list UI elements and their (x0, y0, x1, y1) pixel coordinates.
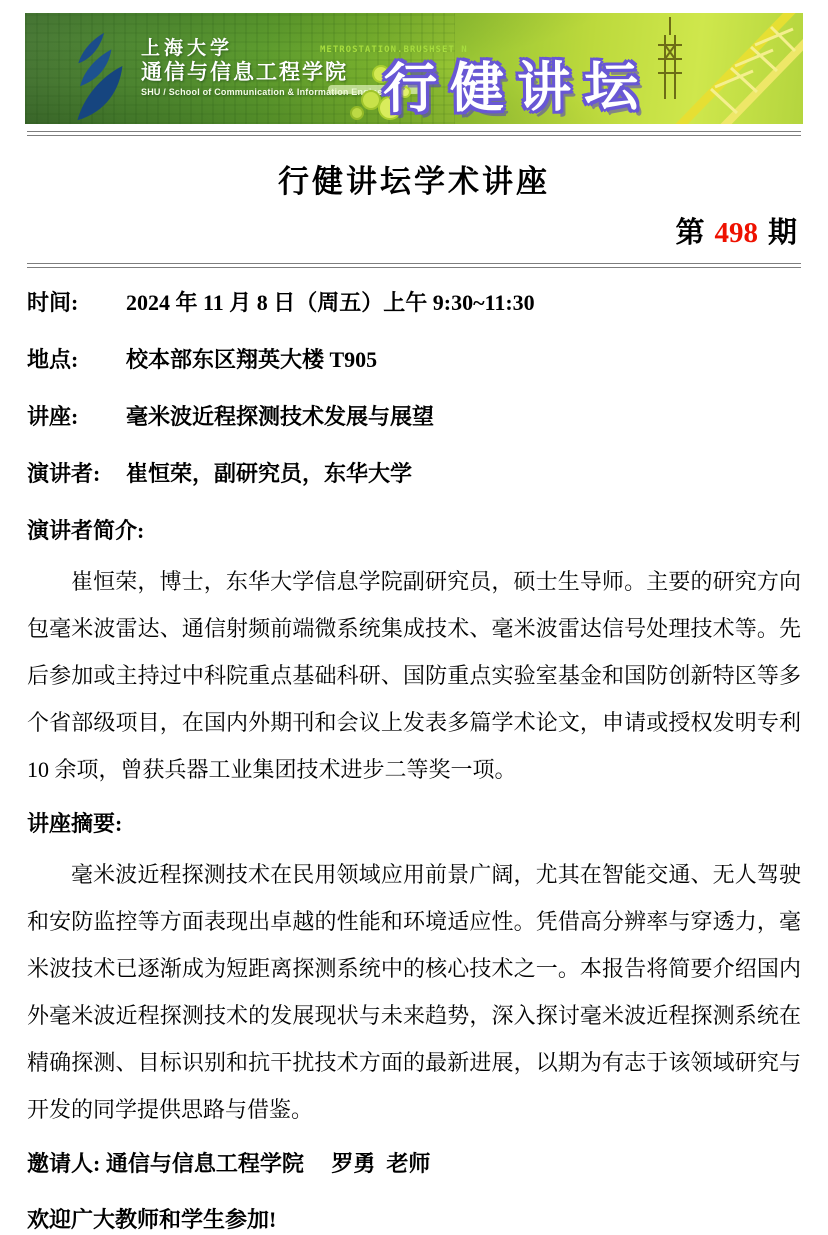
lecture-label: 讲座: (27, 402, 126, 432)
lecture-details: 时间:2024 年 11 月 8 日（周五）上午 9:30~11:30 地点:校… (27, 288, 801, 489)
detail-row-time: 时间:2024 年 11 月 8 日（周五）上午 9:30~11:30 (27, 288, 801, 318)
issue-suffix: 期 (768, 217, 797, 249)
welcome-line: 欢迎广大教师和学生参加! (27, 1205, 801, 1235)
lecture-title-value: 毫米波近程探测技术发展与展望 (126, 404, 434, 429)
inviter-line: 邀请人: 通信与信息工程学院 罗勇 老师 (27, 1149, 801, 1179)
top-double-rule (27, 131, 801, 136)
banner-wrap: 上海大学 通信与信息工程学院 SHU / School of Communica… (0, 0, 828, 124)
page-title: 行健讲坛学术讲座 (27, 163, 801, 201)
abstract-heading: 讲座摘要: (27, 809, 801, 839)
second-double-rule (27, 263, 801, 268)
issue-number: 498 (714, 217, 758, 249)
antenna-tower-graphic (643, 13, 803, 124)
detail-row-location: 地点:校本部东区翔英大楼 T905 (27, 345, 801, 375)
issue-line: 第498期 (27, 215, 801, 251)
location-value: 校本部东区翔英大楼 T905 (126, 347, 377, 372)
abstract-section: 讲座摘要: 毫米波近程探测技术在民用领域应用前景广阔，尤其在智能交通、无人驾驶和… (27, 809, 801, 1133)
bio-paragraph: 崔恒荣，博士，东华大学信息学院副研究员，硕士生导师。主要的研究方向包毫米波雷达、… (27, 558, 801, 793)
document-body: 行健讲坛学术讲座 第498期 (0, 163, 828, 251)
time-value: 2024 年 11 月 8 日（周五）上午 9:30~11:30 (126, 290, 535, 315)
bio-heading: 演讲者简介: (27, 516, 801, 546)
speaker-label: 演讲者: (27, 459, 126, 489)
detail-row-lecture: 讲座:毫米波近程探测技术发展与展望 (27, 402, 801, 432)
speaker-bio-section: 演讲者简介: 崔恒荣，博士，东华大学信息学院副研究员，硕士生导师。主要的研究方向… (27, 516, 801, 793)
document-main: 时间:2024 年 11 月 8 日（周五）上午 9:30~11:30 地点:校… (0, 288, 828, 1235)
time-label: 时间: (27, 288, 126, 318)
speaker-value: 崔恒荣，副研究员，东华大学 (126, 461, 412, 486)
location-label: 地点: (27, 345, 126, 375)
detail-row-speaker: 演讲者:崔恒荣，副研究员，东华大学 (27, 459, 801, 489)
forum-name-art: 行健讲坛 (383, 44, 652, 123)
abstract-paragraph: 毫米波近程探测技术在民用领域应用前景广阔，尤其在智能交通、无人驾驶和安防监控等方… (27, 851, 801, 1133)
banner: 上海大学 通信与信息工程学院 SHU / School of Communica… (25, 13, 803, 124)
shu-logo-icon (47, 31, 139, 123)
issue-prefix: 第 (675, 217, 704, 249)
